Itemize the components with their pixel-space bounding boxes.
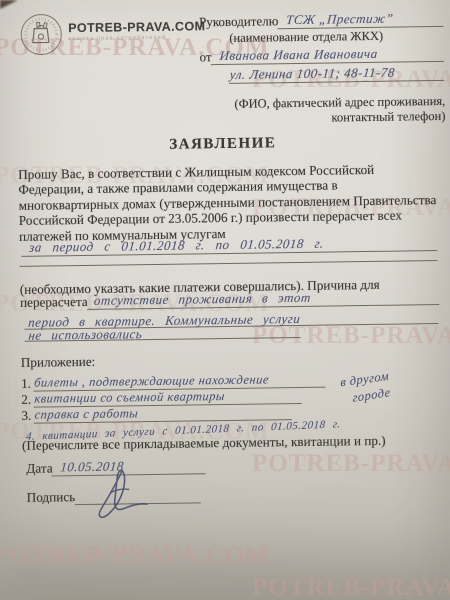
item-number: 2.	[21, 392, 31, 408]
to-value-handwritten: ТСЖ „Престиж”	[278, 10, 445, 29]
reason-label: перерасчета	[20, 294, 88, 311]
item-number: 3.	[21, 408, 31, 424]
to-label: Руководителю	[199, 13, 279, 30]
brand-block: POTREB-PRAVA.COM защита прав потребителе…	[68, 19, 205, 42]
paper-document: POTREB-PRAVA.COM защита прав потребителе…	[0, 0, 450, 600]
document-photo: POTREB-PRAVA.COM POTREB-PRAVA.COM POTREB…	[0, 0, 450, 600]
attachments-label: Приложение:	[21, 354, 96, 371]
date-label: Дата	[26, 460, 53, 476]
body-paragraph: Прошу Вас, в соответствии с Жилищным код…	[18, 161, 443, 244]
from-row: от Иванова Ивана Ивановича	[199, 45, 444, 65]
address-value-handwritten: ул. Ленина 100-11; 48-11-78	[229, 64, 446, 84]
item-number: 1.	[21, 376, 31, 392]
reason-row-3: не использовались	[24, 323, 300, 342]
signature-label: Подпись	[27, 489, 76, 506]
reason-line1-handwritten: отсутствие проживания в этот	[87, 288, 441, 310]
brand-logo-shopping-bag-icon	[19, 11, 64, 58]
signature-row: Подпись	[27, 487, 201, 505]
reason-line3-handwritten: не использовались	[24, 326, 143, 344]
from-label: от	[199, 49, 211, 65]
brand-name: POTREB-PRAVA.COM	[68, 19, 205, 35]
to-row: Руководителю ТСЖ „Престиж”	[199, 10, 444, 30]
signature-scribble	[84, 462, 175, 523]
brand-tagline: защита прав потребителей	[68, 34, 205, 42]
photo-corner-shadow	[0, 0, 18, 9]
to-hint: (наименование отдела ЖКХ)	[229, 28, 444, 46]
addressee-block: Руководителю ТСЖ „Престиж” (наименование…	[199, 10, 446, 127]
page-title: ЗАЯВЛЕНИЕ	[0, 133, 448, 156]
address-row: ул. Ленина 100-11; 48-11-78	[200, 64, 445, 84]
from-value-handwritten: Иванова Ивана Ивановича	[211, 45, 446, 65]
